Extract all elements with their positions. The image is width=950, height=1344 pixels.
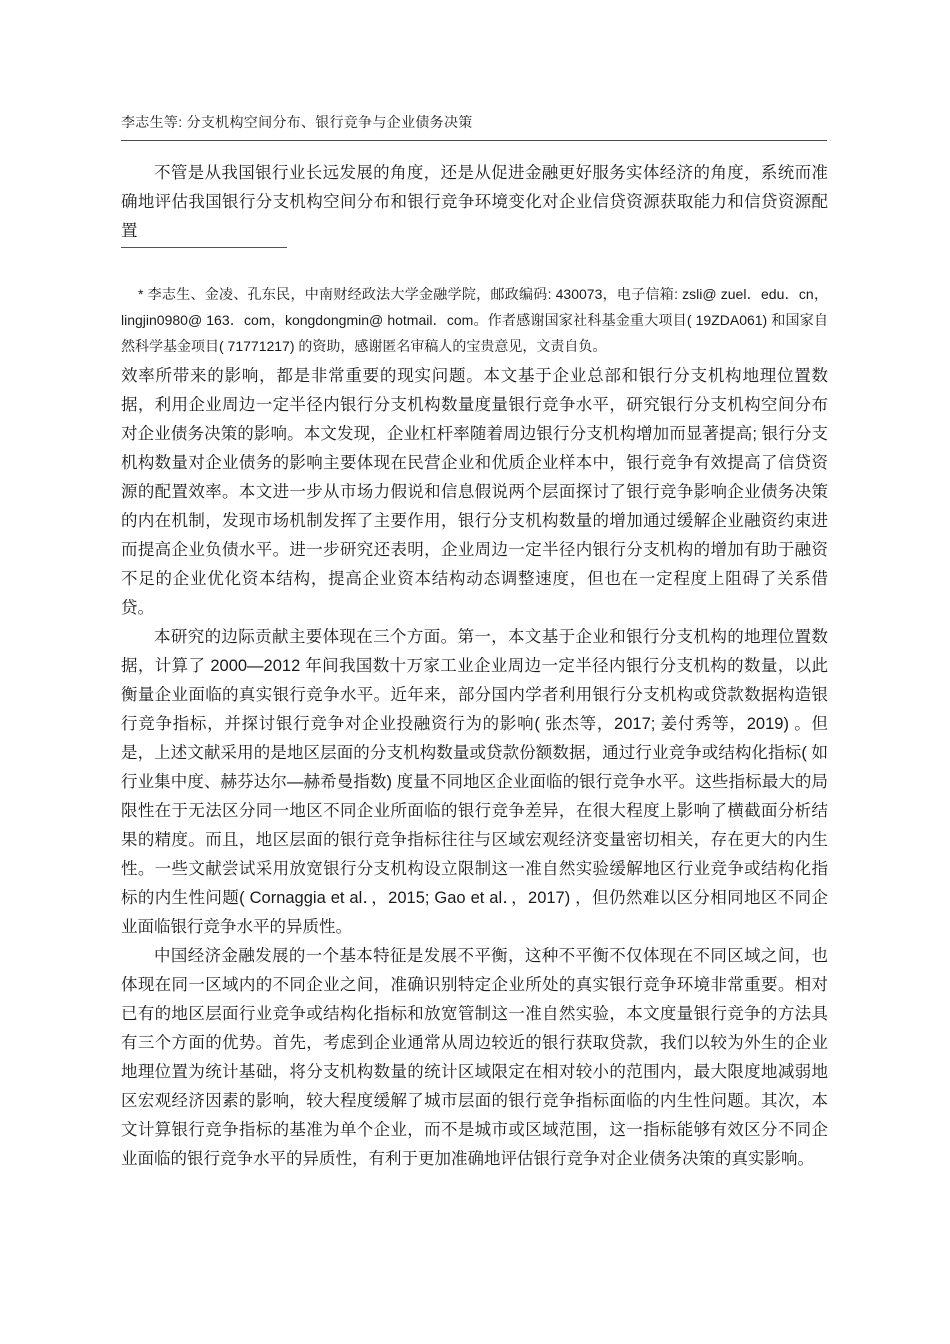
running-header: 李志生等: 分支机构空间分布、银行竞争与企业债务决策 bbox=[121, 113, 828, 131]
body-paragraph-unbalanced-development: 中国经济金融发展的一个基本特征是发展不平衡，这种不平衡不仅体现在不同区域之间，也… bbox=[121, 942, 828, 1174]
header-rule bbox=[121, 140, 827, 141]
footnote-separator bbox=[121, 247, 287, 248]
footnote-text: * 李志生、金凌、孔东民，中南财经政法大学金融学院，邮政编码: 430073，电… bbox=[121, 281, 828, 359]
body-text-block: 效率所带来的影响，都是非常重要的现实问题。本文基于企业总部和银行分支机构地理位置… bbox=[121, 362, 828, 1174]
intro-paragraph: 不管是从我国银行业长远发展的角度，还是从促进金融更好服务实体经济的角度，系统而准… bbox=[121, 159, 828, 246]
document-page: 李志生等: 分支机构空间分布、银行竞争与企业债务决策 不管是从我国银行业长远发展… bbox=[0, 0, 950, 1344]
body-paragraph-continuation: 效率所带来的影响，都是非常重要的现实问题。本文基于企业总部和银行分支机构地理位置… bbox=[121, 362, 828, 623]
body-paragraph-contributions: 本研究的边际贡献主要体现在三个方面。第一，本文基于企业和银行分支机构的地理位置数… bbox=[121, 623, 828, 942]
